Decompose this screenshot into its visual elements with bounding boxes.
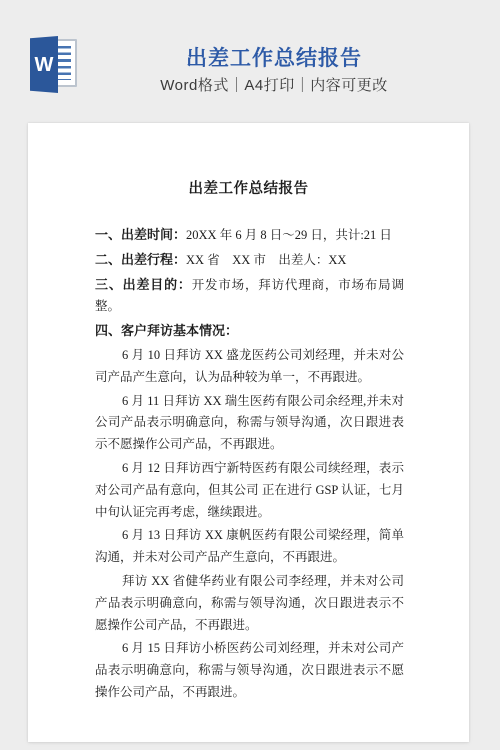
page-title: 出差工作总结报告	[48, 42, 500, 72]
visit-paragraph: 拜访 XX 省健华药业有限公司李经理，并未对公司产品表示明确意向，称需与领导沟通…	[95, 571, 404, 636]
meta-value: XX 省 XX 市 出差人：XX	[186, 253, 346, 267]
visit-paragraph: 6 月 11 日拜访 XX 瑞生医药有限公司余经理,并未对公司产品表示明确意向，…	[95, 391, 404, 456]
meta-label: 一、出差时间：	[95, 227, 186, 242]
visit-paragraph: 6 月 10 日拜访 XX 盛龙医药公司刘经理，并未对公司产品产生意向，认为品种…	[95, 345, 404, 389]
visit-paragraph: 6 月 12 日拜访西宁新特医药有限公司续经理，表示对公司产品有意向，但其公司 …	[95, 458, 404, 523]
meta-line-trip-time: 一、出差时间：20XX 年 6 月 8 日～29 日，共计:21 日	[95, 224, 404, 247]
document-page: 出差工作总结报告 一、出差时间：20XX 年 6 月 8 日～29 日，共计:2…	[28, 123, 469, 742]
document-body: 一、出差时间：20XX 年 6 月 8 日～29 日，共计:21 日 二、出差行…	[28, 224, 469, 704]
meta-value: 20XX 年 6 月 8 日～29 日，共计:21 日	[186, 228, 392, 242]
meta-label: 四、客户拜访基本情况：	[95, 323, 238, 338]
meta-line-trip-purpose: 三、出差目的：开发市场，拜访代理商，市场布局调整。	[95, 274, 404, 319]
meta-label: 三、出差目的：	[95, 277, 192, 292]
meta-label: 二、出差行程：	[95, 252, 186, 267]
visit-paragraph: 6 月 15 日拜访小桥医药公司刘经理，并未对公司产品表示明确意向，称需与领导沟…	[95, 638, 404, 703]
meta-line-trip-route: 二、出差行程：XX 省 XX 市 出差人：XX	[95, 249, 404, 272]
page-subtitle: Word格式｜A4打印｜内容可更改	[48, 74, 500, 95]
meta-line-visit-overview: 四、客户拜访基本情况：	[95, 320, 404, 343]
document-title: 出差工作总结报告	[28, 177, 469, 198]
canvas: W 出差工作总结报告 Word格式｜A4打印｜内容可更改 出差工作总结报告 一、…	[0, 0, 500, 750]
visit-paragraph: 6 月 13 日拜访 XX 康帆医药有限公司梁经理，简单沟通，并未对公司产品产生…	[95, 525, 404, 569]
